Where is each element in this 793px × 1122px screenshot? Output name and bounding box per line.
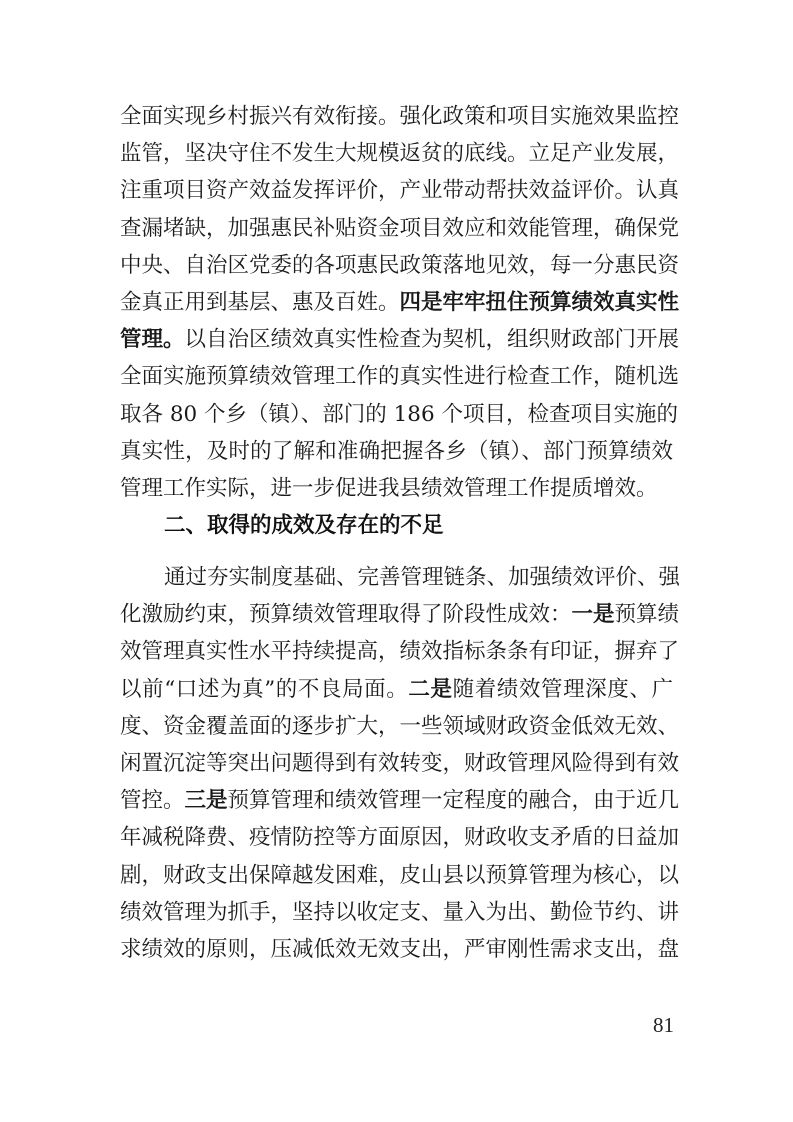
text-run: 化激励约束，预算绩效管理取得了阶段性成效： bbox=[120, 602, 572, 627]
text-run: 度、资金覆盖面的逐步扩大，一些领域财政资金低效无效、 bbox=[120, 714, 679, 739]
bold-text: 四是牢牢扭住预算绩效真实性 bbox=[400, 290, 680, 315]
text-line: 剧，财政支出保障越发困难，皮山县以预算管理为核心，以 bbox=[120, 861, 673, 891]
text-run: 注重项目资产效益发挥评价，产业带动帮扶效益评价。认真 bbox=[120, 178, 679, 203]
text-run: 随着绩效管理深度、广 bbox=[453, 677, 673, 702]
text-line: 闲置沉淀等突出问题得到有效转变，财政管理风险得到有效 bbox=[120, 749, 673, 779]
text-run: 以前“口述为真”的不良局面。 bbox=[120, 677, 408, 702]
text-run: 求绩效的原则，压减低效无效支出，严审刚性需求支出，盘 bbox=[120, 937, 679, 962]
text-run: 中央、自治区党委的各项惠民政策落地见效，每一分惠民资 bbox=[120, 253, 679, 278]
text-run: 管理工作实际，进一步促进我县绩效管理工作提质增效。 bbox=[120, 476, 658, 501]
text-line: 管控。三是预算管理和绩效管理一定程度的融合，由于近几 bbox=[120, 786, 673, 816]
text-run: 真实性，及时的了解和准确把握各乡（镇）、部门预算绩效 bbox=[120, 439, 673, 464]
text-line: 真实性，及时的了解和准确把握各乡（镇）、部门预算绩效 bbox=[120, 437, 673, 467]
text-run: 预算管理和绩效管理一定程度的融合，由于近几 bbox=[228, 788, 680, 813]
text-run: 金真正用到基层、惠及百姓。 bbox=[120, 290, 400, 315]
bold-text: 管理。 bbox=[120, 327, 185, 352]
text-run: 全面实现乡村振兴有效衔接。强化政策和项目实施效果监控 bbox=[120, 104, 679, 129]
text-line: 效管理真实性水平持续提高，绩效指标条条有印证，摒弃了 bbox=[120, 637, 673, 667]
text-run: 以自治区绩效真实性检查为契机，组织财政部门开展 bbox=[185, 327, 680, 352]
text-line: 化激励约束，预算绩效管理取得了阶段性成效：一是预算绩 bbox=[120, 600, 673, 630]
text-run: 绩效管理为抓手，坚持以收定支、量入为出、勤俭节约、讲 bbox=[120, 900, 679, 925]
text-line: 求绩效的原则，压减低效无效支出，严审刚性需求支出，盘 bbox=[120, 935, 673, 965]
text-run: 监管，坚决守住不发生大规模返贫的底线。立足产业发展， bbox=[120, 141, 679, 166]
document-page: 全面实现乡村振兴有效衔接。强化政策和项目实施效果监控监管，坚决守住不发生大规模返… bbox=[0, 0, 793, 1122]
text-line: 以前“口述为真”的不良局面。二是随着绩效管理深度、广 bbox=[120, 675, 673, 705]
text-line: 管理工作实际，进一步促进我县绩效管理工作提质增效。 bbox=[120, 474, 673, 504]
text-line: 绩效管理为抓手，坚持以收定支、量入为出、勤俭节约、讲 bbox=[120, 898, 673, 928]
text-run: 管控。 bbox=[120, 788, 185, 813]
text-line: 查漏堵缺，加强惠民补贴资金项目效应和效能管理，确保党 bbox=[120, 214, 673, 244]
bold-text: 二是 bbox=[408, 677, 452, 702]
text-line: 中央、自治区党委的各项惠民政策落地见效，每一分惠民资 bbox=[120, 251, 673, 281]
bold-text: 一是 bbox=[572, 602, 615, 627]
text-line: 全面实施预算绩效管理工作的真实性进行检查工作，随机选 bbox=[120, 362, 673, 392]
text-run: 查漏堵缺，加强惠民补贴资金项目效应和效能管理，确保党 bbox=[120, 216, 679, 241]
text-line: 金真正用到基层、惠及百姓。四是牢牢扭住预算绩效真实性 bbox=[120, 288, 673, 318]
text-line: 通过夯实制度基础、完善管理链条、加强绩效评价、强 bbox=[164, 563, 673, 593]
text-run: 全面实施预算绩效管理工作的真实性进行检查工作，随机选 bbox=[120, 364, 679, 389]
text-run: 效管理真实性水平持续提高，绩效指标条条有印证，摒弃了 bbox=[120, 639, 679, 664]
text-line: 全面实现乡村振兴有效衔接。强化政策和项目实施效果监控 bbox=[120, 102, 673, 132]
text-line: 管理。以自治区绩效真实性检查为契机，组织财政部门开展 bbox=[120, 325, 673, 355]
text-run: 通过夯实制度基础、完善管理链条、加强绩效评价、强 bbox=[164, 565, 680, 590]
text-run: 预算绩 bbox=[615, 602, 680, 627]
text-line: 取各 80 个乡（镇）、部门的 186 个项目，检查项目实施的 bbox=[120, 400, 673, 430]
section-heading: 二、取得的成效及存在的不足 bbox=[164, 511, 564, 541]
text-run: 年减税降费、疫情防控等方面原因，财政收支矛盾的日益加 bbox=[120, 825, 679, 850]
text-run: 取各 80 个乡（镇）、部门的 186 个项目，检查项目实施的 bbox=[120, 402, 678, 427]
text-line: 监管，坚决守住不发生大规模返贫的底线。立足产业发展， bbox=[120, 139, 673, 169]
text-run: 闲置沉淀等突出问题得到有效转变，财政管理风险得到有效 bbox=[120, 751, 679, 776]
bold-text: 三是 bbox=[185, 788, 228, 813]
text-line: 度、资金覆盖面的逐步扩大，一些领域财政资金低效无效、 bbox=[120, 712, 673, 742]
text-run: 剧，财政支出保障越发困难，皮山县以预算管理为核心，以 bbox=[120, 863, 679, 888]
text-line: 注重项目资产效益发挥评价，产业带动帮扶效益评价。认真 bbox=[120, 176, 673, 206]
page-number: 81 bbox=[640, 1012, 674, 1038]
text-line: 年减税降费、疫情防控等方面原因，财政收支矛盾的日益加 bbox=[120, 823, 673, 853]
